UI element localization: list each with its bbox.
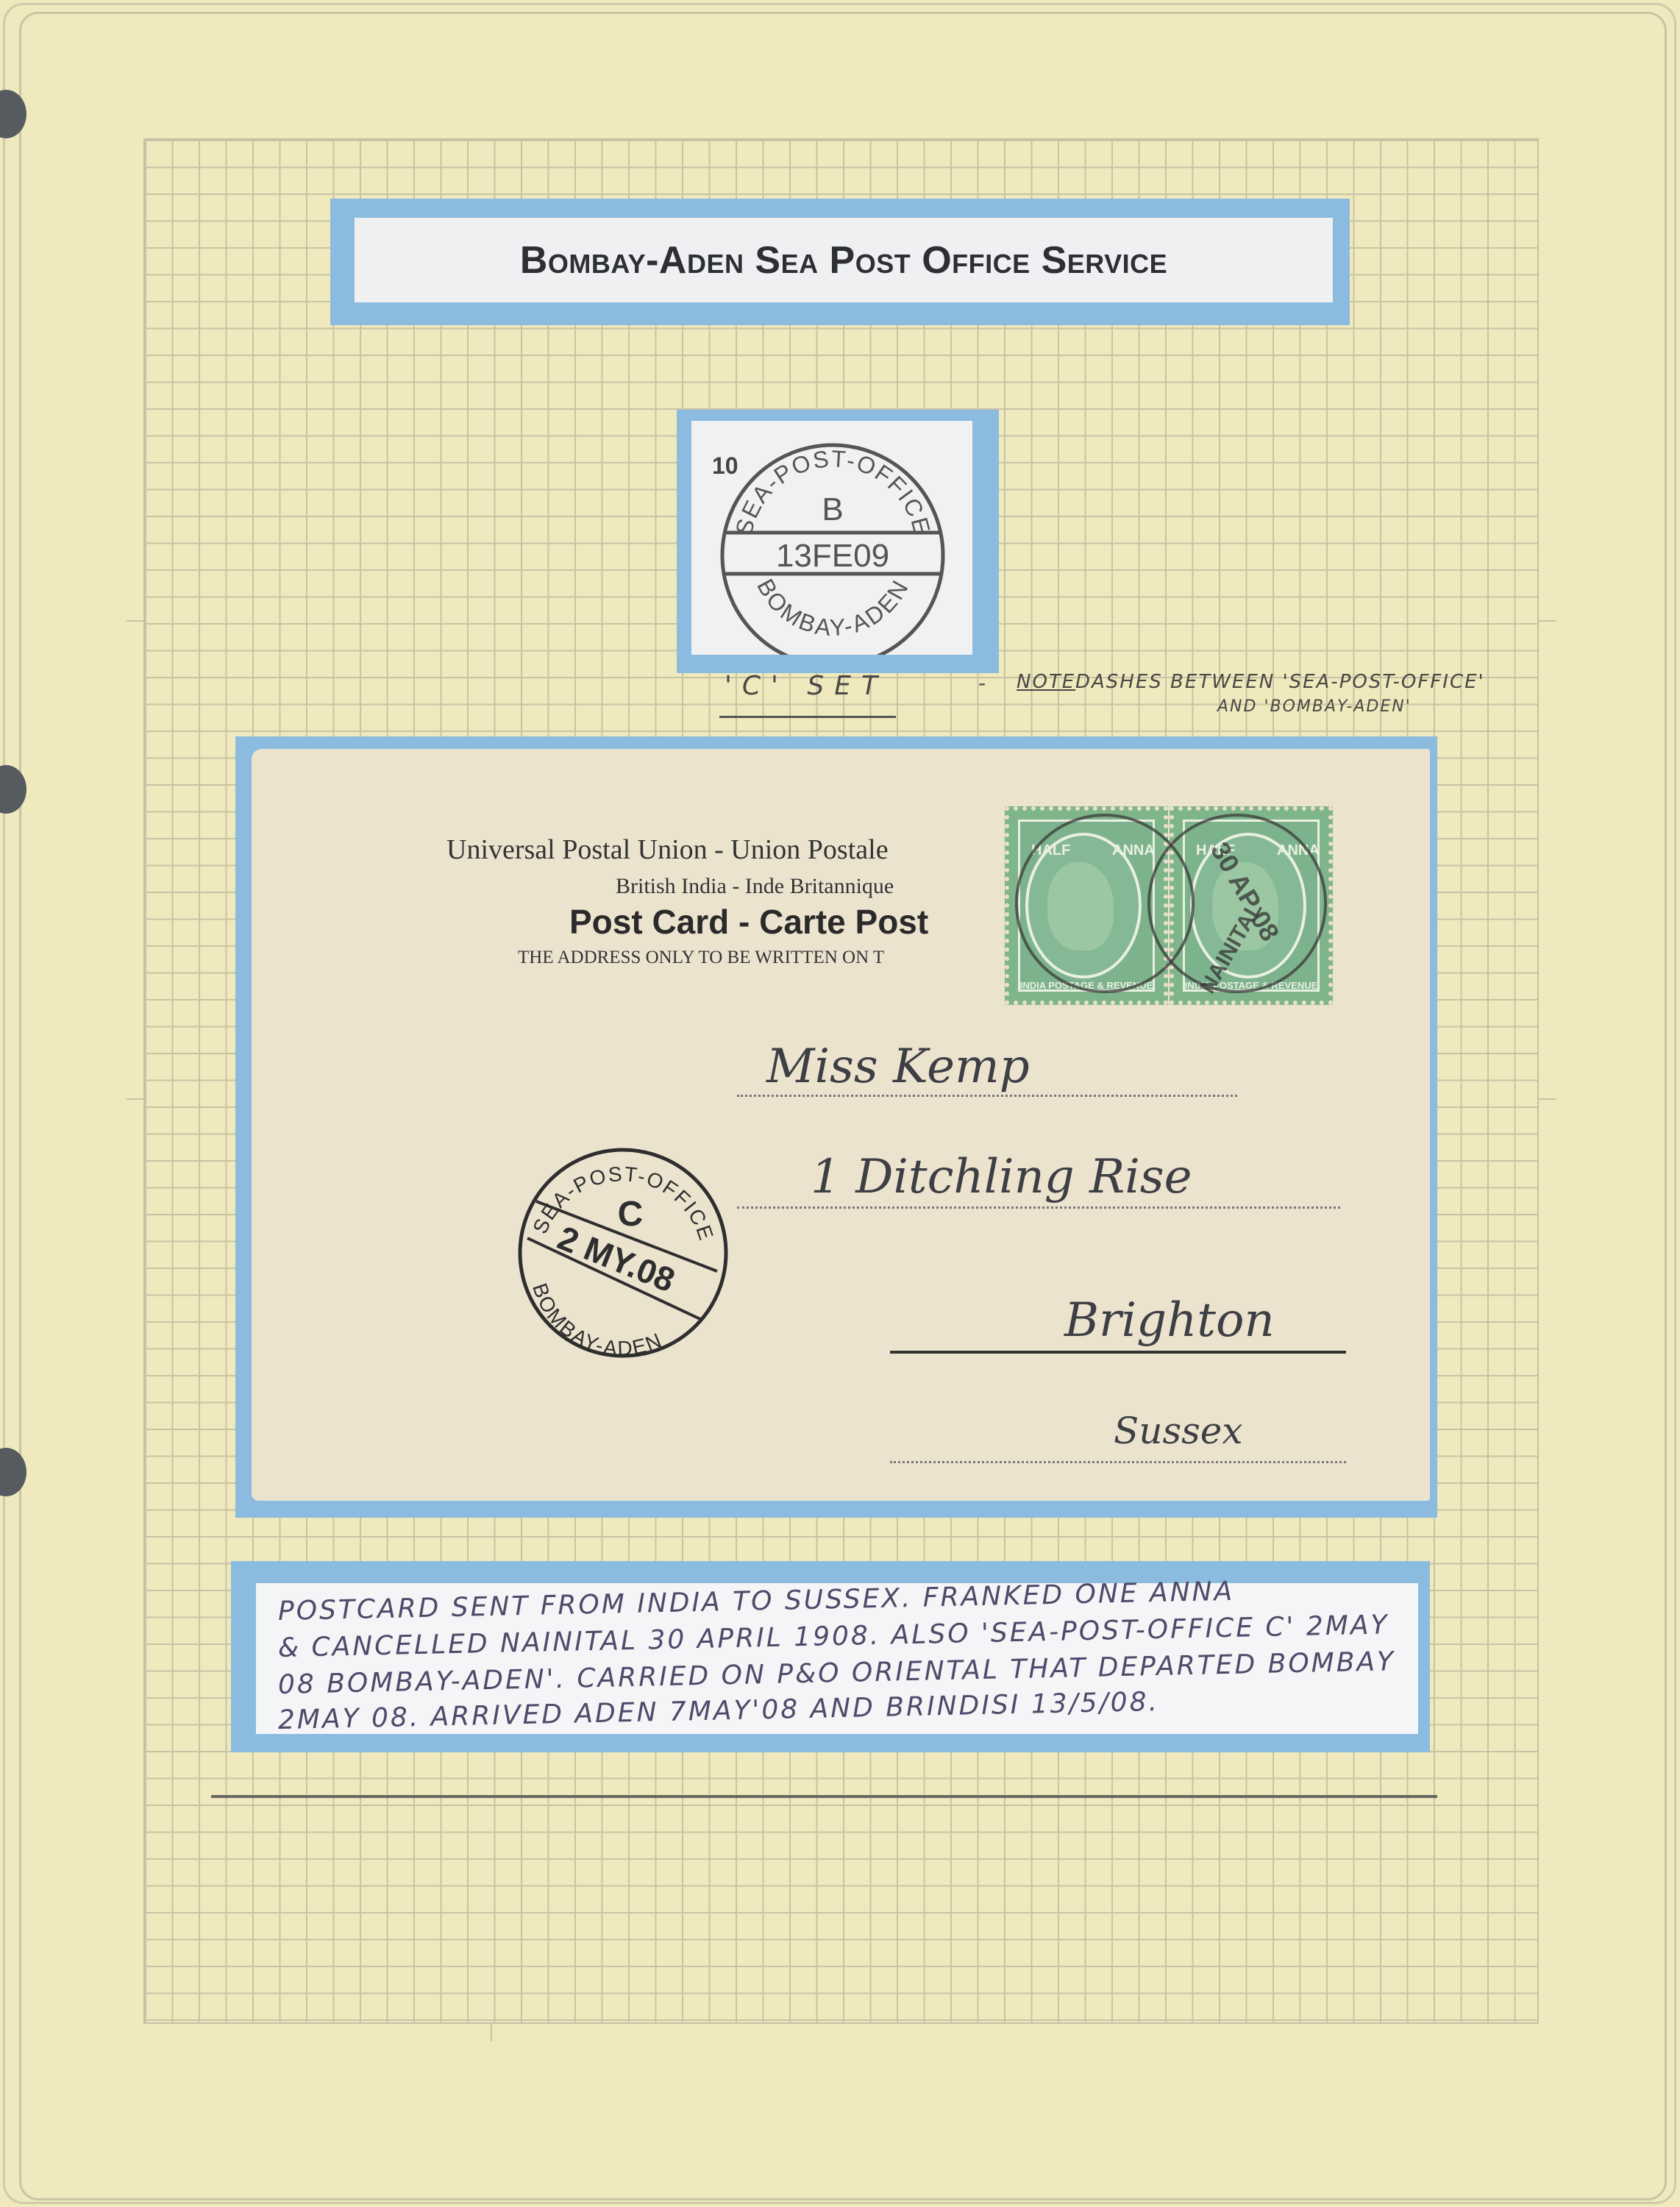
note-dash: - <box>978 671 987 695</box>
address-street: 1 Ditchling Rise <box>811 1150 1192 1204</box>
address-line <box>890 1461 1346 1463</box>
postcard-heading-title: Post Card - Carte Post <box>569 902 928 942</box>
c-cancel-date: 2 MY.08 <box>552 1218 680 1299</box>
address-line <box>890 1351 1346 1354</box>
title-slip: Bombay-Aden Sea Post Office Service <box>355 218 1333 302</box>
cancel-letter: B <box>822 491 843 527</box>
grid-tick <box>491 2024 492 2041</box>
note-line-1: DASHES BETWEEN 'SEA-POST-OFFICE' <box>1075 671 1485 693</box>
postcard: Universal Postal Union - Union Postale B… <box>252 749 1430 1501</box>
address-town: Brighton <box>1064 1293 1275 1348</box>
set-underline <box>719 716 896 718</box>
address-name: Miss Kemp <box>766 1039 1030 1094</box>
address-line <box>737 1206 1340 1209</box>
postcard-heading-instruction: THE ADDRESS ONLY TO BE WRITTEN ON T <box>518 948 884 968</box>
set-label: 'C' SET <box>725 671 888 701</box>
address-county: Sussex <box>1114 1410 1243 1452</box>
c-cancel-letter: C <box>618 1195 644 1234</box>
grid-tick <box>1539 620 1556 622</box>
grid-tick <box>127 620 144 622</box>
note-line-2: AND 'BOMBAY-ADEN' <box>1217 697 1412 716</box>
svg-text:BOMBAY-ADEN: BOMBAY-ADEN <box>752 575 914 642</box>
cancel-ring-bottom: BOMBAY-ADEN <box>752 575 914 642</box>
cancel-date: 13FE09 <box>776 538 889 574</box>
page-rule <box>211 1795 1437 1798</box>
cancel-example-slip: 10 SEA-POST-OFFICE B 13FE09 BOMBAY-ADEN <box>691 421 972 655</box>
grid-tick <box>1539 1098 1556 1100</box>
page-title: Bombay-Aden Sea Post Office Service <box>520 238 1167 282</box>
postcard-heading-country: British India - Inde Britannique <box>616 874 894 899</box>
description-slip: POSTCARD SENT FROM INDIA TO SUSSEX. FRAN… <box>256 1583 1418 1734</box>
postcard-heading-upu: Universal Postal Union - Union Postale <box>446 834 889 866</box>
address-line <box>737 1095 1237 1097</box>
note-word: NOTE <box>1017 671 1075 693</box>
nainital-cancel-town: NAINITAL <box>1195 898 1267 998</box>
sea-post-office-b-cancel: 10 SEA-POST-OFFICE B 13FE09 BOMBAY-ADEN <box>691 421 972 655</box>
grid-tick <box>127 1098 144 1100</box>
sea-post-office-c-cancel: SEA-POST-OFFICE C 2 MY.08 BOMBAY-ADEN <box>502 1131 744 1374</box>
nainital-cancel: 30 AP 08 NAINITAL <box>987 793 1340 1021</box>
cancel-corner-number: 10 <box>712 452 738 479</box>
